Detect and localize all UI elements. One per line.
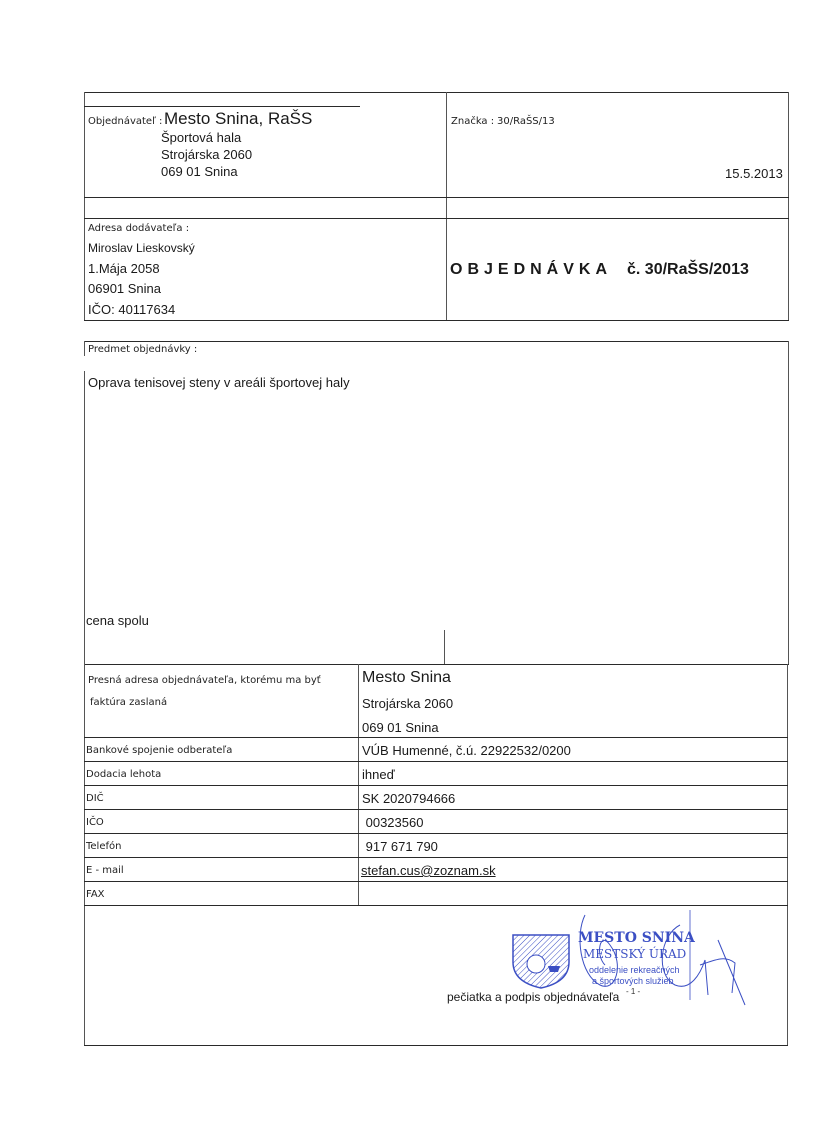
top-rule xyxy=(84,106,360,107)
box-border xyxy=(84,92,789,93)
invoice-address-line: 069 01 Snina xyxy=(362,720,439,735)
row-border xyxy=(84,737,788,738)
box-border xyxy=(84,197,789,198)
supplier-line: 1.Mája 2058 xyxy=(88,261,160,276)
table-border xyxy=(787,664,788,1046)
order-title: OBJEDNÁVKA xyxy=(450,261,612,279)
box-border xyxy=(84,341,85,356)
invoice-address-line: Mesto Snina xyxy=(362,669,451,687)
mark-value: 30/RaŠS/13 xyxy=(497,116,555,127)
page-marker: - 1 - xyxy=(626,987,640,996)
supplier-label: Adresa dodávateľa : xyxy=(88,223,189,234)
row-border xyxy=(84,809,788,810)
row-border xyxy=(84,881,788,882)
row-label: FAX xyxy=(86,889,105,900)
table-border xyxy=(84,664,85,1046)
price-divider xyxy=(444,630,445,665)
box-border xyxy=(84,341,789,342)
box-border xyxy=(788,341,789,665)
box-border xyxy=(84,92,85,320)
invoice-address-label: Presná adresa objednávateľa, ktorému ma … xyxy=(88,675,321,686)
row-border xyxy=(84,857,788,858)
tax-id: SK 2020794666 xyxy=(362,791,455,806)
total-label: cena spolu xyxy=(86,613,149,628)
orderer-name: Mesto Snina, RaŠS xyxy=(164,109,312,129)
row-label: Telefón xyxy=(86,841,121,852)
box-divider xyxy=(446,92,447,320)
orderer-label: Objednávateľ : xyxy=(88,116,162,127)
orderer-line: Športová hala xyxy=(161,130,241,145)
order-date: 15.5.2013 xyxy=(725,166,783,181)
company-id: 00323560 xyxy=(362,815,423,830)
order-number: č. 30/RaŠS/2013 xyxy=(627,261,749,279)
table-border xyxy=(84,1045,788,1046)
box-border xyxy=(84,664,789,665)
delivery-term: ihneď xyxy=(362,767,395,782)
bank-account: VÚB Humenné, č.ú. 22922532/0200 xyxy=(362,743,571,758)
box-border xyxy=(84,371,85,665)
supplier-line: 06901 Snina xyxy=(88,281,161,296)
phone: 917 671 790 xyxy=(362,839,438,854)
subject-label: Predmet objednávky : xyxy=(88,344,197,355)
row-border xyxy=(84,761,788,762)
mark-label: Značka : xyxy=(451,116,494,127)
row-border xyxy=(84,785,788,786)
orderer-line: Strojárska 2060 xyxy=(161,147,252,162)
signature-label: pečiatka a podpis objednávateľa xyxy=(447,990,619,1004)
subject-text: Oprava tenisovej steny v areáli športove… xyxy=(88,375,350,390)
supplier-ico: IČO: 40117634 xyxy=(88,302,175,317)
email-link[interactable]: stefan.cus@zoznam.sk xyxy=(361,863,496,878)
row-label: IČO xyxy=(86,817,104,828)
invoice-address-line: Strojárska 2060 xyxy=(362,696,453,711)
invoice-address-label: faktúra zaslaná xyxy=(90,697,167,708)
supplier-line: Miroslav Lieskovský xyxy=(88,241,195,255)
box-border xyxy=(84,320,789,321)
row-label: DIČ xyxy=(86,793,104,804)
box-border xyxy=(84,218,789,219)
row-label: Bankové spojenie odberateľa xyxy=(86,745,232,756)
row-label: Dodacia lehota xyxy=(86,769,161,780)
row-label: E - mail xyxy=(86,865,124,876)
row-border xyxy=(84,833,788,834)
box-border xyxy=(788,92,789,320)
orderer-line: 069 01 Snina xyxy=(161,164,238,179)
